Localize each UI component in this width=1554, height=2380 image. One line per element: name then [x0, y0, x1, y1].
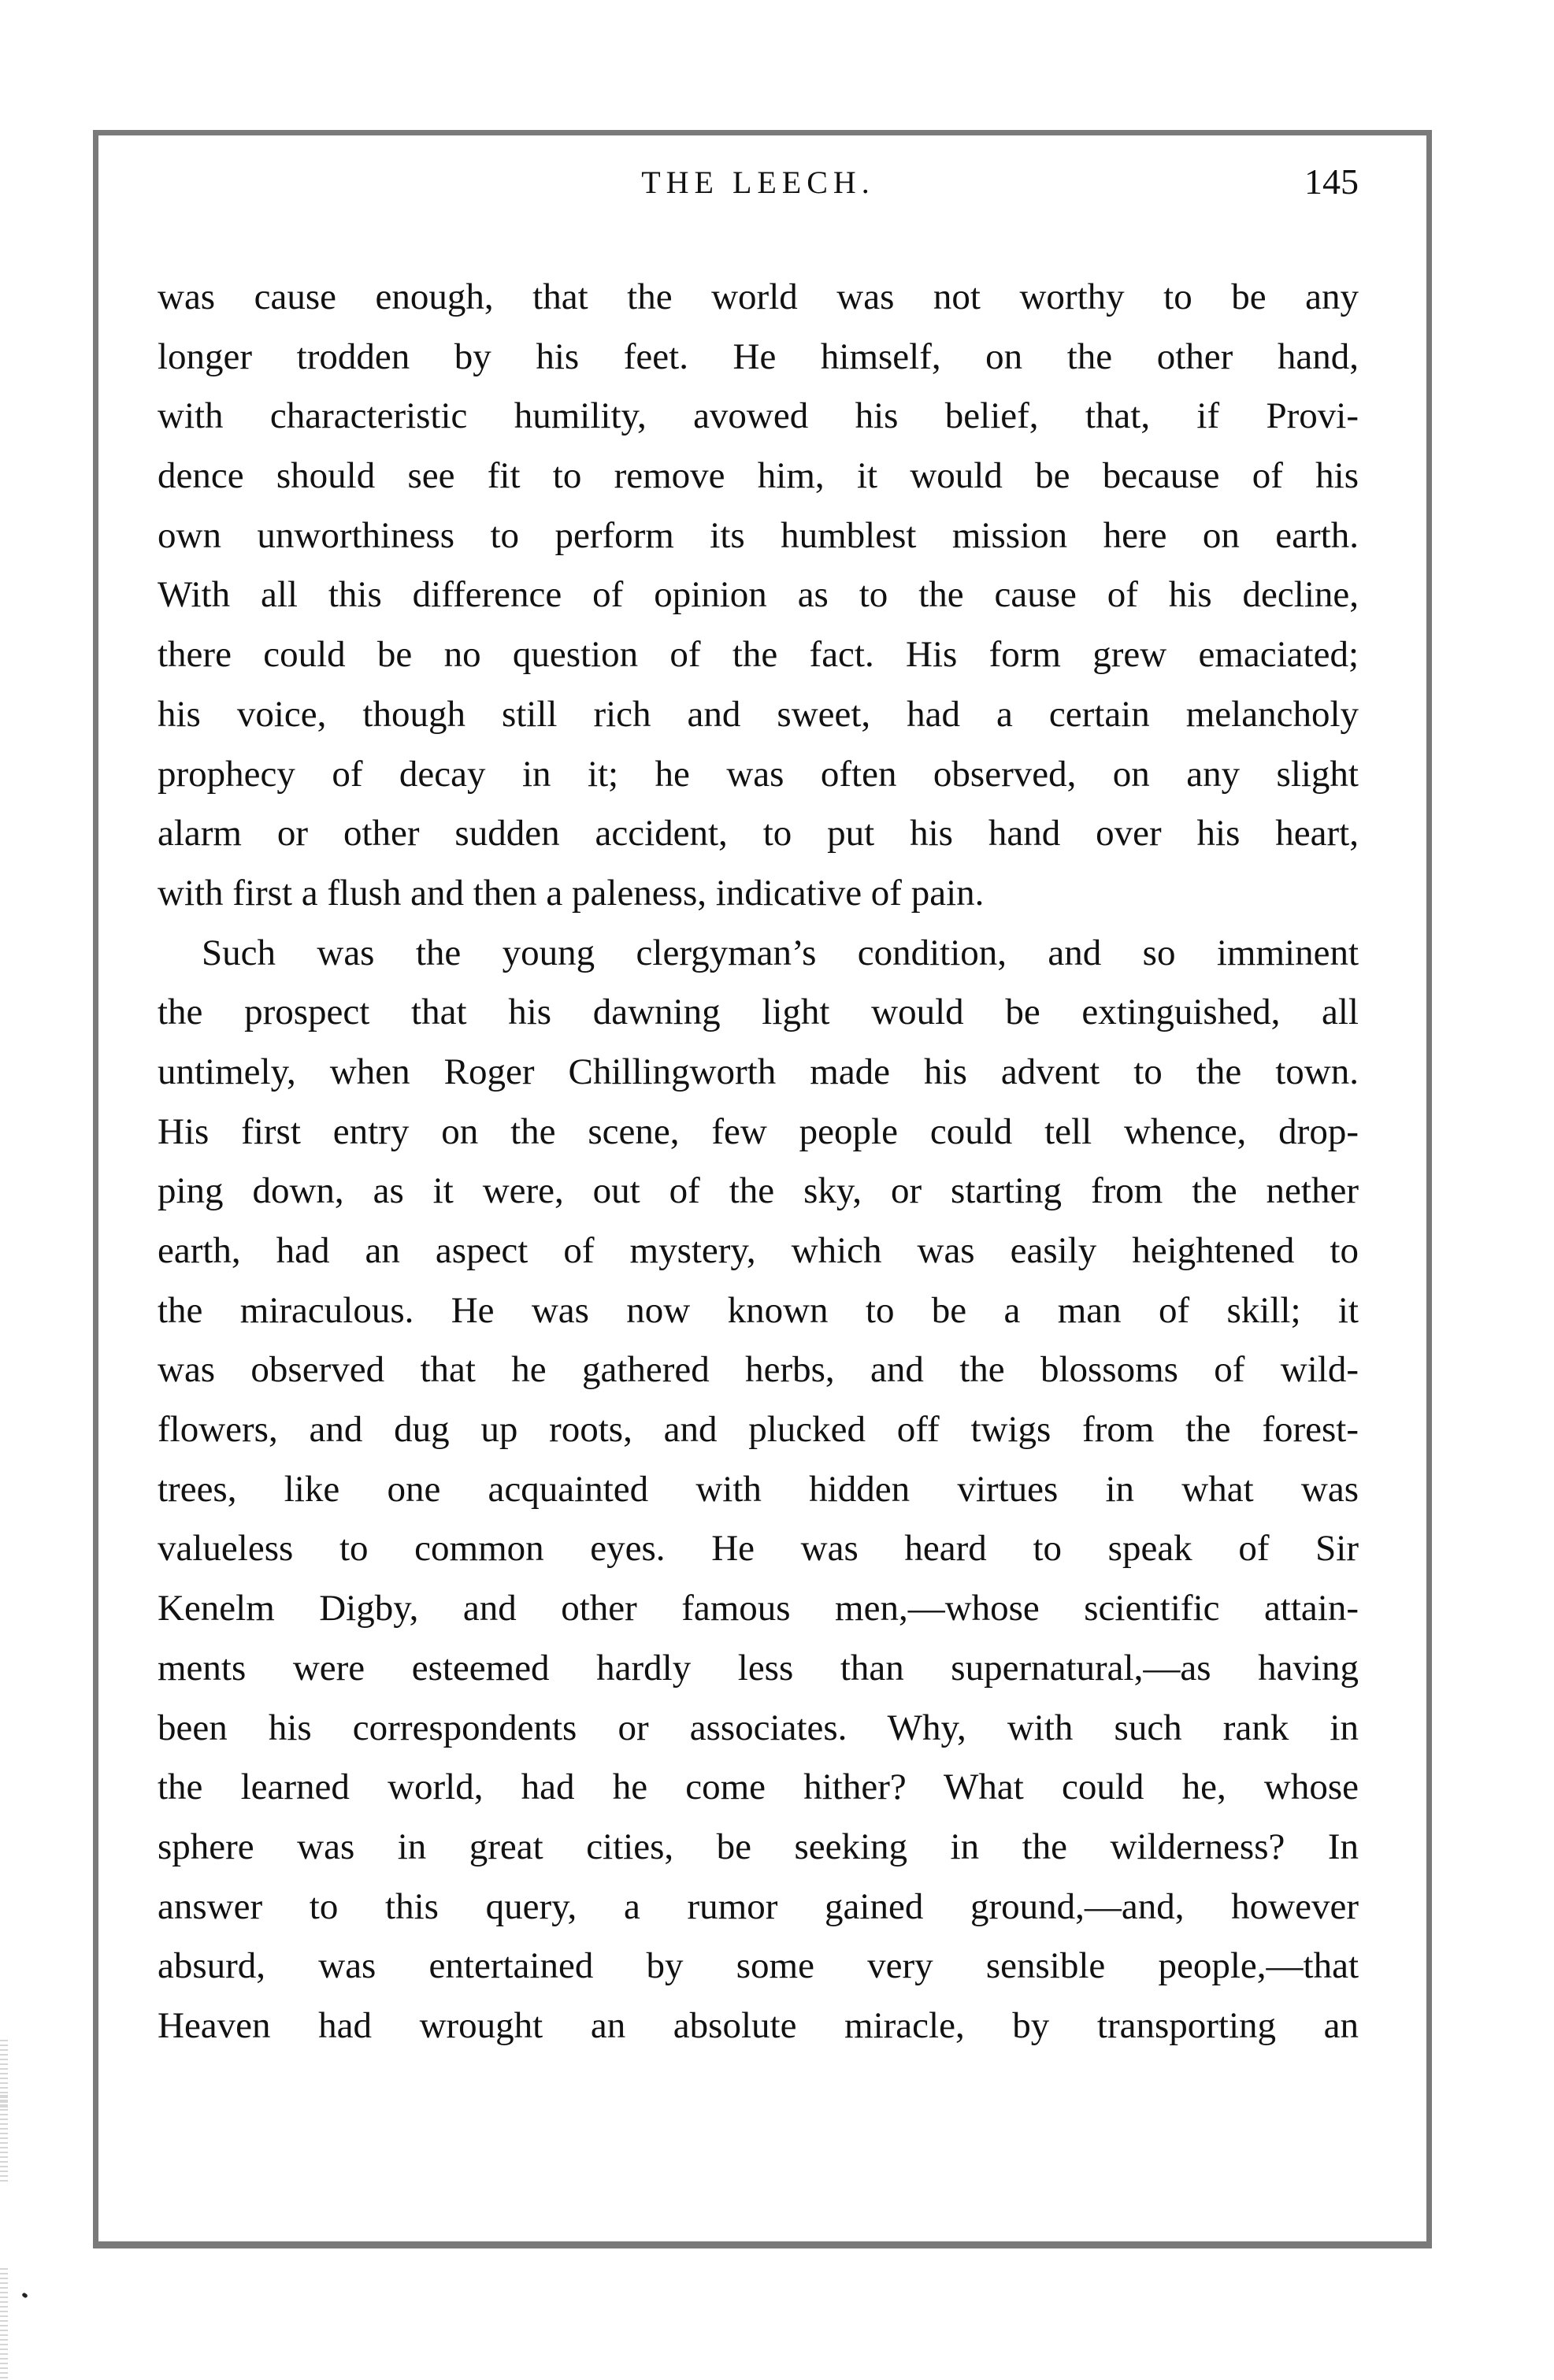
body-text: was cause enough, that the world was not…: [158, 268, 1359, 2056]
text-line: trees, like one acquainted with hidden v…: [158, 1460, 1359, 1520]
text-line: with characteristic humility, avowed his…: [158, 387, 1359, 447]
running-head: THE LEECH. 145: [158, 164, 1359, 219]
text-line: Heaven had wrought an absolute miracle, …: [158, 1996, 1359, 2056]
paragraph: was cause enough, that the world was not…: [158, 268, 1359, 924]
text-line: Such was the young clergyman’s condition…: [158, 924, 1359, 984]
text-line: own unworthiness to perform its humblest…: [158, 506, 1359, 566]
text-line: sphere was in great cities, be seeking i…: [158, 1818, 1359, 1878]
text-line: the prospect that his dawning light woul…: [158, 983, 1359, 1043]
text-line: earth, had an aspect of mystery, which w…: [158, 1222, 1359, 1281]
text-line: was cause enough, that the world was not…: [158, 268, 1359, 328]
text-line: absurd, was entertained by some very sen…: [158, 1937, 1359, 1996]
page-number: 145: [1304, 161, 1359, 202]
text-line: was observed that he gathered herbs, and…: [158, 1340, 1359, 1400]
text-line: answer to this query, a rumor gained gro…: [158, 1878, 1359, 1937]
scan-margin-artifact: [0, 2268, 8, 2378]
text-line: flowers, and dug up roots, and plucked o…: [158, 1400, 1359, 1460]
text-line: his voice, though still rich and sweet, …: [158, 685, 1359, 745]
text-line: there could be no question of the fact. …: [158, 625, 1359, 685]
scan-margin-artifact: [0, 2095, 8, 2182]
text-line: dence should see fit to remove him, it w…: [158, 447, 1359, 506]
text-line: ments were esteemed hardly less than sup…: [158, 1639, 1359, 1699]
text-line: been his correspondents or associates. W…: [158, 1699, 1359, 1759]
text-line: alarm or other sudden accident, to put h…: [158, 804, 1359, 864]
text-line: the miraculous. He was now known to be a…: [158, 1281, 1359, 1341]
text-line: ping down, as it were, out of the sky, o…: [158, 1162, 1359, 1222]
text-line: with first a flush and then a paleness, …: [158, 864, 1359, 924]
text-line: the learned world, had he come hither? W…: [158, 1758, 1359, 1818]
text-line: Kenelm Digby, and other famous men,—whos…: [158, 1579, 1359, 1639]
paragraph: Such was the young clergyman’s condition…: [158, 924, 1359, 2056]
scan-speck: [21, 2292, 28, 2298]
text-line: prophecy of decay in it; he was often ob…: [158, 745, 1359, 805]
text-line: untimely, when Roger Chillingworth made …: [158, 1043, 1359, 1103]
text-line: longer trodden by his feet. He himself, …: [158, 328, 1359, 387]
running-title: THE LEECH.: [158, 164, 1359, 201]
text-line: His first entry on the scene, few people…: [158, 1103, 1359, 1162]
text-line: With all this difference of opinion as t…: [158, 565, 1359, 625]
text-line: valueless to common eyes. He was heard t…: [158, 1519, 1359, 1579]
